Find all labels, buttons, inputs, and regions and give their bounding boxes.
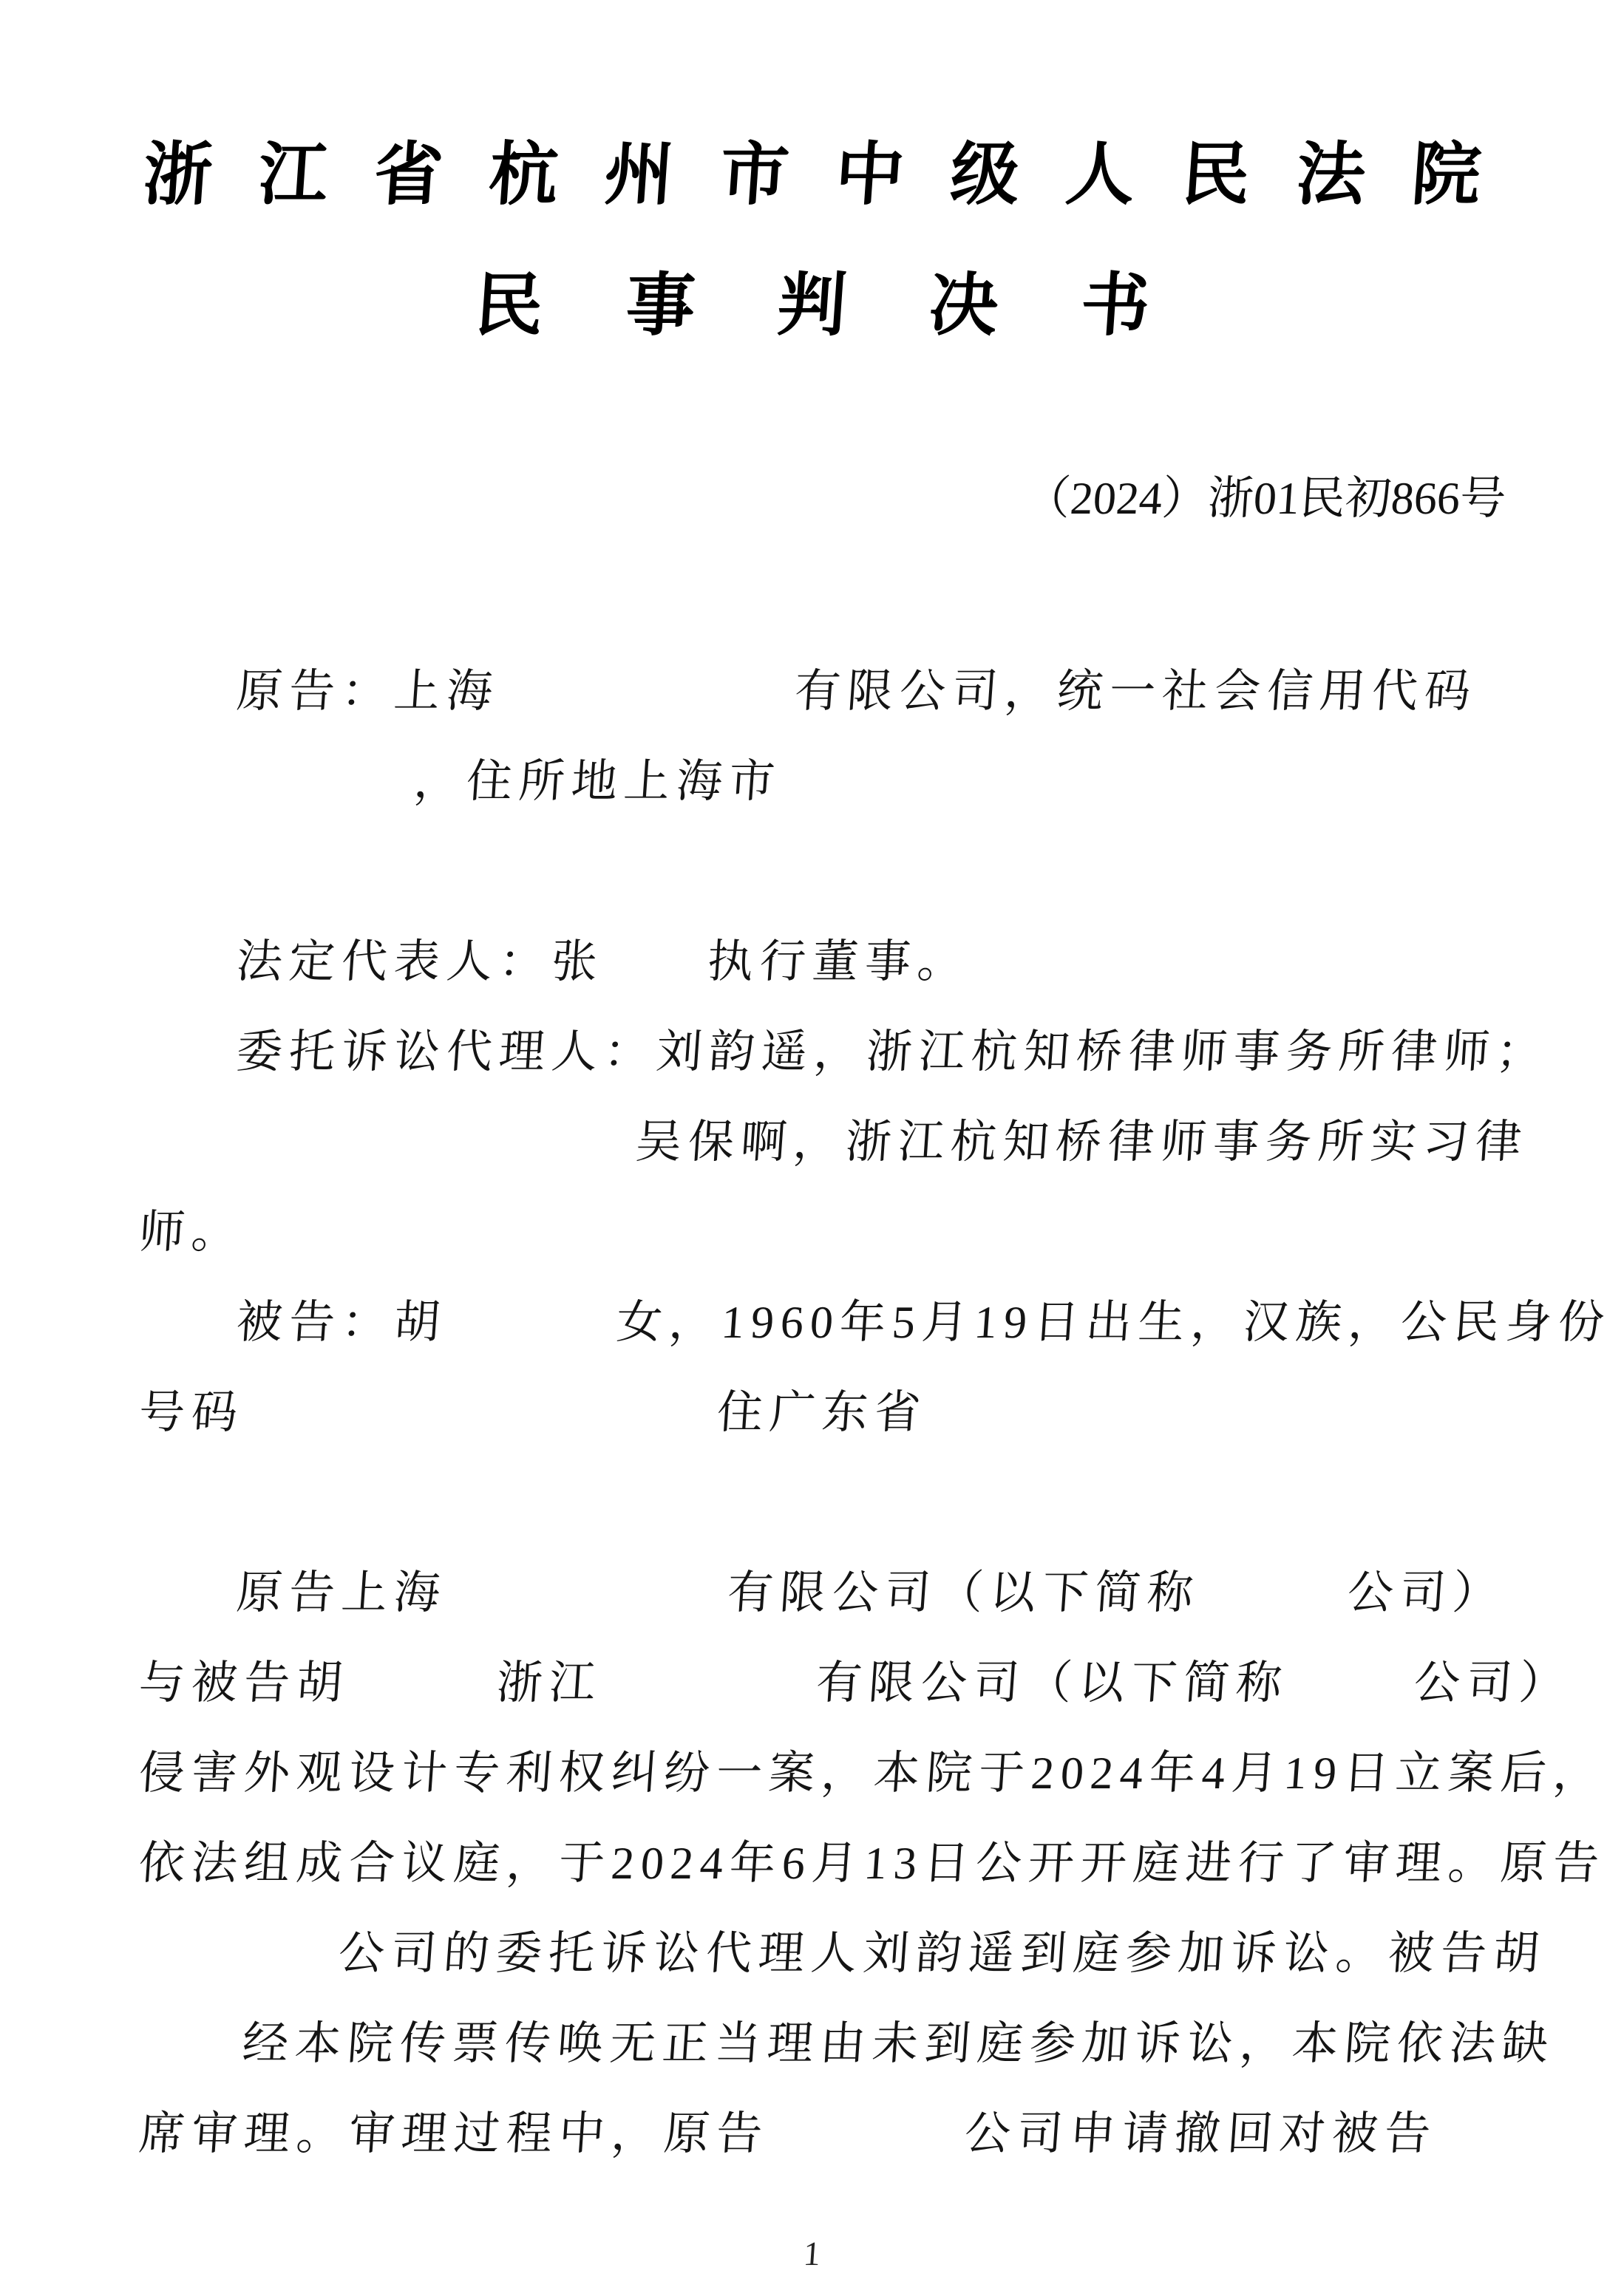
redacted-gap xyxy=(768,2147,964,2149)
redacted-gap xyxy=(1288,1697,1413,1698)
text-run: ，住所地上海市 xyxy=(412,757,784,807)
text-line: 经本院传票传唤无正当理由未到庭参加诉讼，本院依法缺 xyxy=(136,1999,1591,2089)
text-line: 与被告胡浙江有限公司（以下简称公司） xyxy=(136,1638,1591,1728)
text-line: 师。 xyxy=(136,1188,1591,1278)
text-line: 原告上海有限公司（以下简称公司） xyxy=(136,1548,1591,1638)
text-run: 师。 xyxy=(137,1207,246,1258)
redacted-gap xyxy=(446,1336,616,1338)
text-run: 依法组成合议庭，于2024年6月13日公开开庭进行了审理。原告 xyxy=(137,1839,1608,1889)
redacted-gap xyxy=(138,1967,338,1969)
redacted-gap xyxy=(243,1426,716,1428)
text-line: 席审理。审理过程中，原告公司申请撤回对被告 xyxy=(136,2089,1591,2179)
case-number: （2024）浙01民初866号 xyxy=(1022,466,1508,532)
text-run: 原告上海 xyxy=(235,1568,449,1618)
text-line: 号码住广东省 xyxy=(136,1368,1591,1458)
text-line: 公司的委托诉讼代理人刘韵遥到庭参加诉讼。被告胡 xyxy=(136,1909,1591,1999)
text-run: 有限公司（以下简称 xyxy=(726,1568,1202,1618)
text-run: 与被告胡 xyxy=(137,1658,351,1709)
text-line: 吴保啊，浙江杭知桥律师事务所实习律 xyxy=(136,1097,1591,1188)
redacted-gap xyxy=(601,1697,815,1698)
redacted-gap xyxy=(348,1697,496,1698)
text-line: 侵害外观设计专利权纠纷一案，本院于2024年4月19日立案后， xyxy=(136,1728,1591,1819)
redacted-gap xyxy=(1199,1607,1347,1608)
text-run: 执行董事。 xyxy=(706,937,972,987)
redacted-gap xyxy=(138,2057,242,2059)
text-run: 有限公司，统一社会信用代码 xyxy=(793,667,1479,717)
text-run: 法定代表人：张 xyxy=(235,937,606,987)
text-run: 侵害外观设计专利权纠纷一案，本院于2024年4月19日立案后， xyxy=(137,1748,1608,1799)
text-run: 公司的委托诉讼代理人刘韵遥到庭参加诉讼。被告胡 xyxy=(337,1929,1548,1979)
text-run: 经本院传票传唤无正当理由未到庭参加诉讼，本院依法缺 xyxy=(241,2019,1557,2069)
text-run: 公司申请撤回对被告 xyxy=(963,2109,1439,2159)
court-name-heading: 浙江省杭州市中级人民法院 xyxy=(0,132,1624,220)
text-line: 依法组成合议庭，于2024年6月13日公开开庭进行了审理。原告 xyxy=(136,1819,1591,1909)
text-run: 席审理。审理过程中，原告 xyxy=(137,2109,771,2159)
text-run: 委托诉讼代理人：刘韵遥，浙江杭知桥律师事务所律师； xyxy=(235,1027,1551,1077)
text-run: 原告：上海 xyxy=(235,667,501,717)
text-run: 浙江 xyxy=(495,1658,604,1709)
judgment-document-page: 浙江省杭州市中级人民法院 民事判决书 （2024）浙01民初866号 原告：上海… xyxy=(0,0,1624,2296)
text-line: 被告：胡女，1960年5月19日出生，汉族，公民身份 xyxy=(136,1278,1591,1368)
redacted-gap xyxy=(446,1607,727,1608)
redacted-gap xyxy=(498,705,794,706)
text-run: 号码 xyxy=(137,1388,246,1438)
document-title: 民事判决书 xyxy=(0,262,1624,351)
redacted-gap xyxy=(138,1156,635,1157)
redacted-gap xyxy=(138,795,413,797)
text-run: 吴保啊，浙江杭知桥律师事务所实习律 xyxy=(634,1117,1530,1168)
redacted-gap xyxy=(603,975,707,977)
text-run: 被告：胡 xyxy=(235,1298,449,1348)
text-run: 有限公司（以下简称 xyxy=(815,1658,1291,1709)
text-line: 原告：上海有限公司，统一社会信用代码 xyxy=(136,647,1591,737)
text-run: 公司） xyxy=(1346,1568,1507,1618)
text-run: 住广东省 xyxy=(716,1388,929,1438)
page-number: 1 xyxy=(0,2224,1624,2283)
text-run: 女，1960年5月19日出生，汉族，公民身份 xyxy=(615,1298,1613,1348)
body-lines: 原告：上海有限公司，统一社会信用代码，住所地上海市法定代表人：张执行董事。委托诉… xyxy=(139,647,1588,2179)
text-run: 公司） xyxy=(1413,1658,1574,1709)
text-line: 法定代表人：张执行董事。 xyxy=(136,917,1591,1007)
text-line: ，住所地上海市 xyxy=(136,737,1591,827)
text-line: 委托诉讼代理人：刘韵遥，浙江杭知桥律师事务所律师； xyxy=(136,1007,1591,1097)
